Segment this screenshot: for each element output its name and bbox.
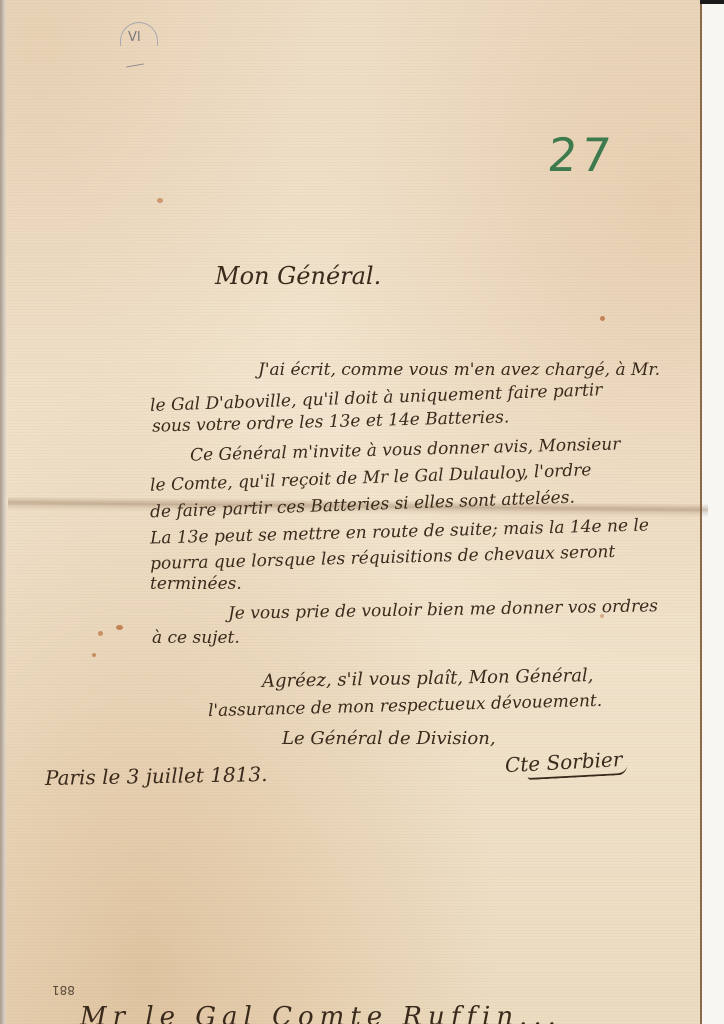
signatory-title: Le Général de Division, [282,728,496,749]
folio-number: 27 [545,128,617,182]
archive-mark-text: VI [128,30,141,45]
body-line: J'ai écrit, comme vous m'en avez chargé,… [258,360,660,380]
ink-stain [98,631,103,636]
archive-mark-dash [126,63,144,67]
catalog-number: 881 [52,983,75,997]
archive-mark: VI [118,20,162,70]
body-line: à ce sujet. [152,628,240,648]
ink-stain [600,316,605,321]
ink-stain [116,625,123,630]
scan-border-corner [700,0,724,4]
dateline: Paris le 3 juillet 1813. [45,762,268,790]
address-fragment: Mr le Gal Comte Ruffin... [80,1002,562,1024]
ink-stain [157,198,163,203]
salutation: Mon Général. [215,262,381,290]
body-line: terminées. [150,574,242,594]
ink-stain [92,653,96,657]
